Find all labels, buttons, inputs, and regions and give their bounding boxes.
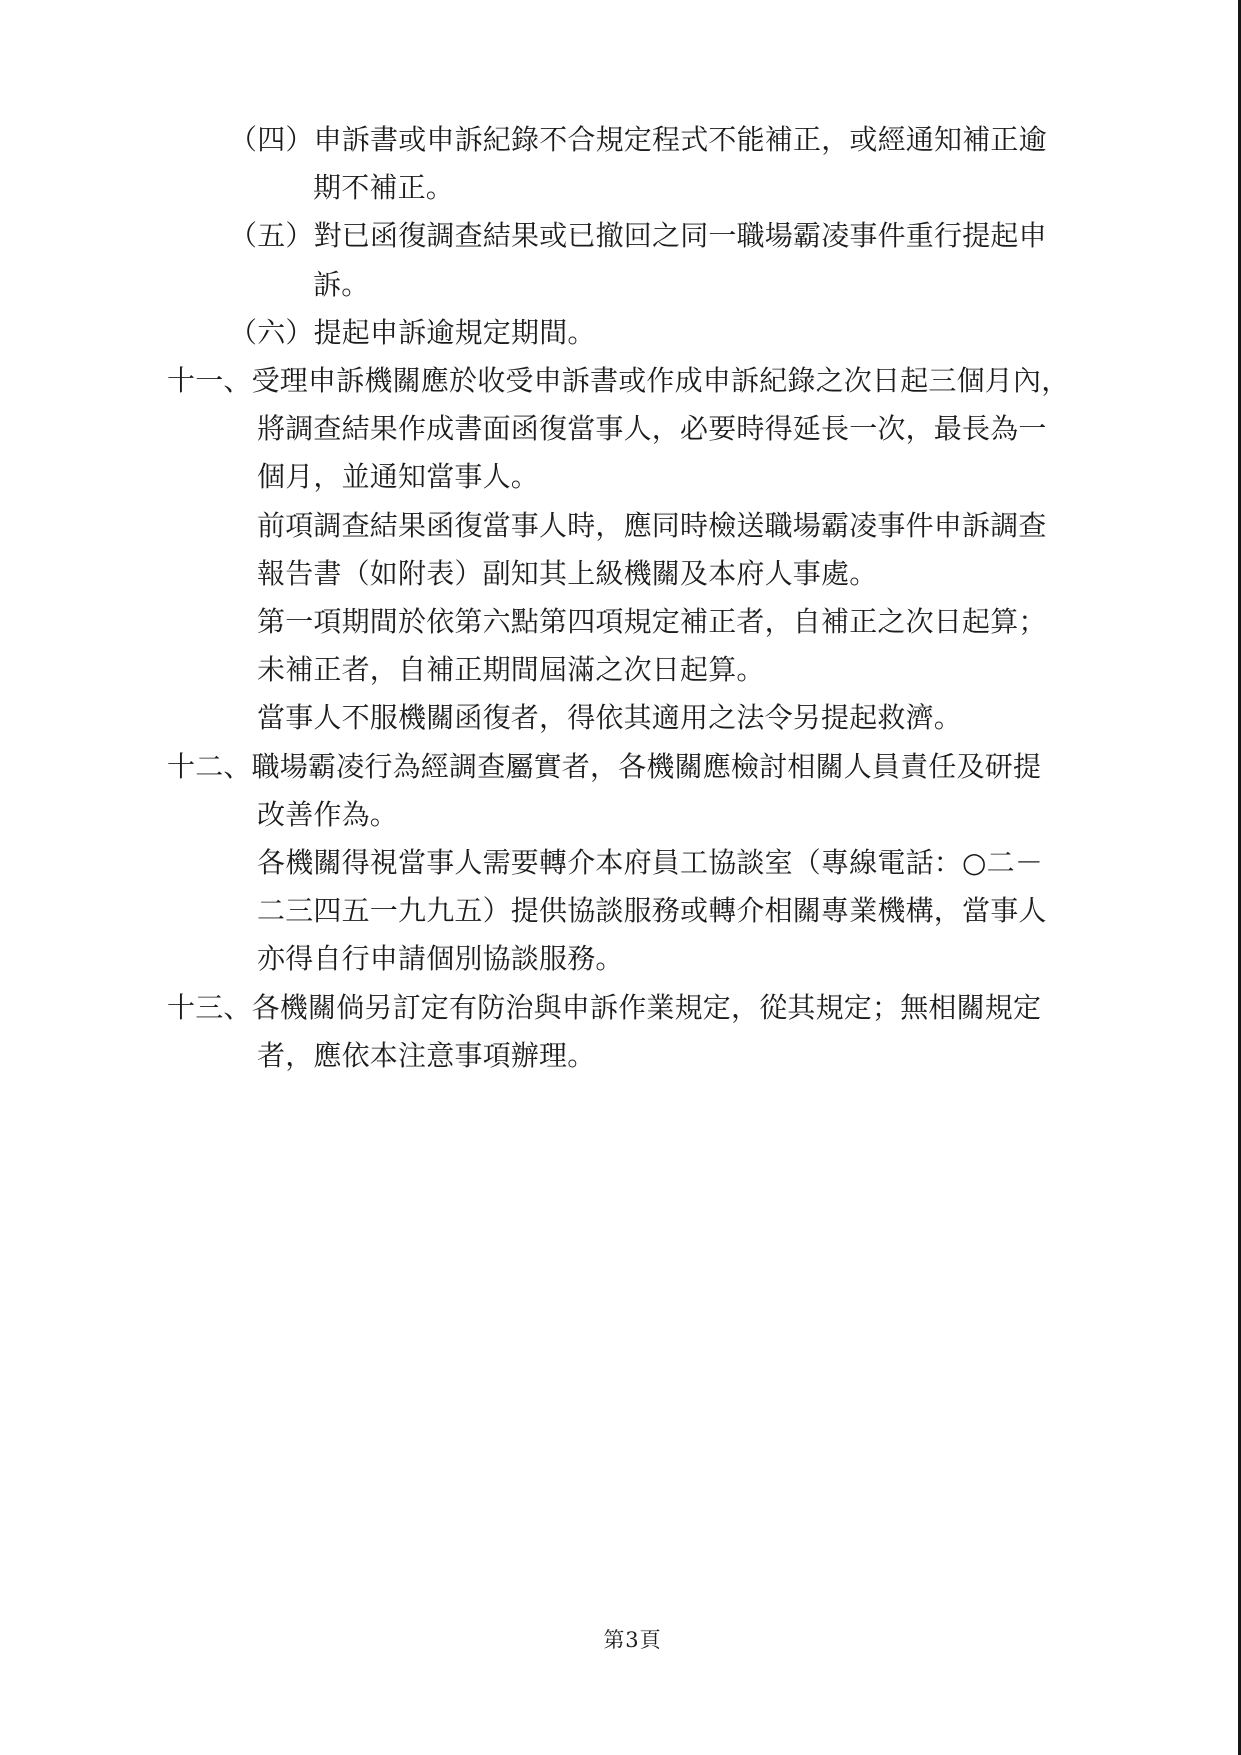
text-line: 各機關得視當事人需要轉介本府員工協談室（專線電話：○二－ [257,839,1241,887]
text-line: 改善作為。 [257,791,1241,839]
text-line: 者，應依本注意事項辦理。 [257,1032,1241,1080]
text-line: 當事人不服機關函復者，得依其適用之法令另提起救濟。 [257,694,1241,742]
text-line: 訴。 [313,261,1241,309]
text-line: （四）申訴書或申訴紀錄不合規定程式不能補正，或經通知補正逾 [229,116,1241,164]
document-body: （四）申訴書或申訴紀錄不合規定程式不能補正，或經通知補正逾期不補正。（五）對已函… [0,116,1241,1080]
text-line: （六）提起申訴逾規定期間。 [229,309,1241,357]
text-line: 十三、各機關倘另訂定有防治與申訴作業規定，從其規定；無相關規定 [167,984,1241,1032]
text-line: 個月，並通知當事人。 [257,453,1241,501]
text-line: 亦得自行申請個別協談服務。 [257,935,1241,983]
text-line: （五）對已函復調查結果或已撤回之同一職場霸凌事件重行提起申 [229,212,1241,260]
text-line: 第一項期間於依第六點第四項規定補正者，自補正之次日起算； [257,598,1241,646]
text-line: 將調查結果作成書面函復當事人，必要時得延長一次，最長為一 [257,405,1241,453]
text-line: 十一、受理申訴機關應於收受申訴書或作成申訴紀錄之次日起三個月內， [167,357,1241,405]
text-line: 未補正者，自補正期間屆滿之次日起算。 [257,646,1241,694]
text-line: 二三四五一九九五）提供協談服務或轉介相關專業機構，當事人 [257,887,1241,935]
page-number: 第3頁 [12,1624,1241,1654]
text-line: 期不補正。 [313,164,1241,212]
text-line: 前項調查結果函復當事人時，應同時檢送職場霸凌事件申訴調查 [257,502,1241,550]
text-line: 報告書（如附表）副知其上級機關及本府人事處。 [257,550,1241,598]
text-line: 十二、職場霸凌行為經調查屬實者，各機關應檢討相關人員責任及研提 [167,743,1241,791]
document-page: （四）申訴書或申訴紀錄不合規定程式不能補正，或經通知補正逾期不補正。（五）對已函… [0,0,1241,1755]
